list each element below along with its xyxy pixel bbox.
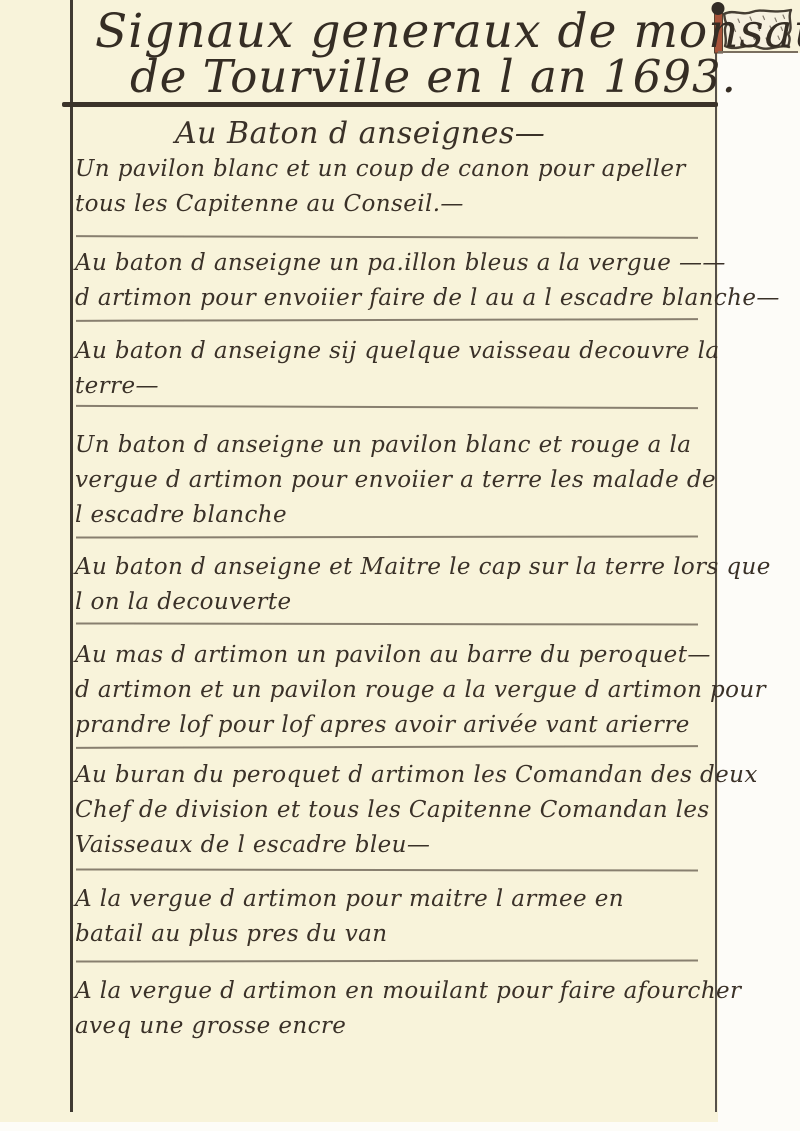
entry-line: Au mas d artimon un pavilon au barre du …	[75, 638, 715, 673]
entry-line: terre—	[75, 369, 715, 404]
entry-line: batail au plus pres du van	[75, 917, 715, 952]
entry-line: Un pavilon blanc et un coup de canon pou…	[75, 152, 715, 187]
entry-line: Chef de division et tous les Capitenne C…	[75, 793, 715, 828]
entry-line: vergue d artimon pour envoiier a terre l…	[75, 463, 715, 498]
signal-entry-6: Au mas d artimon un pavilon au barre du …	[75, 638, 715, 743]
signal-entry-8: A la vergue d artimon pour maitre l arme…	[75, 882, 715, 952]
scanned-manuscript-page: Signaux generaux de monsaur de Tourville…	[0, 0, 800, 1131]
entry-heading: Au Baton d anseignes—	[175, 116, 715, 152]
entry-line: d artimon et un pavilon rouge a la vergu…	[75, 673, 715, 708]
signal-entry-2: Au baton d anseigne un pa.illon bleus a …	[75, 246, 715, 316]
entry-line: Au baton d anseigne un pa.illon bleus a …	[75, 246, 715, 281]
entry-line: A la vergue d artimon pour maitre l arme…	[75, 882, 715, 917]
entry-line: Au baton d anseigne et Maitre le cap sur…	[75, 550, 715, 585]
entry-line: aveq une grosse encre	[75, 1009, 715, 1044]
page-border-right	[715, 52, 717, 1112]
signal-entry-4: Un baton d anseigne un pavilon blanc et …	[75, 428, 715, 533]
signal-entry-9: A la vergue d artimon en mouilant pour f…	[75, 974, 715, 1044]
entry-line: A la vergue d artimon en mouilant pour f…	[75, 974, 715, 1009]
entry-line: d artimon pour envoiier faire de l au a …	[75, 281, 715, 316]
entry-line: Au buran du peroquet d artimon les Coman…	[75, 758, 715, 793]
title-underline-rule	[62, 102, 718, 107]
entry-line: prandre lof pour lof apres avoir arivée …	[75, 708, 715, 743]
entry-line: tous les Capitenne au Conseil.—	[75, 187, 715, 222]
signal-entry-3: Au baton d anseigne sij quelque vaisseau…	[75, 334, 715, 404]
entry-line: Un baton d anseigne un pavilon blanc et …	[75, 428, 715, 463]
entry-line: l on la decouverte	[75, 585, 715, 620]
page-border-left	[70, 0, 73, 1112]
signal-entry-7: Au buran du peroquet d artimon les Coman…	[75, 758, 715, 863]
entry-line: l escadre blanche	[75, 498, 715, 533]
title-line-2: de Tourville en l an 1693.	[130, 50, 737, 103]
entry-line: Vaisseaux de l escadre bleu—	[75, 828, 715, 863]
signal-entry-1: Au Baton d anseignes— Un pavilon blanc e…	[75, 116, 715, 222]
signal-entry-5: Au baton d anseigne et Maitre le cap sur…	[75, 550, 715, 620]
entry-line: Au baton d anseigne sij quelque vaisseau…	[75, 334, 715, 369]
